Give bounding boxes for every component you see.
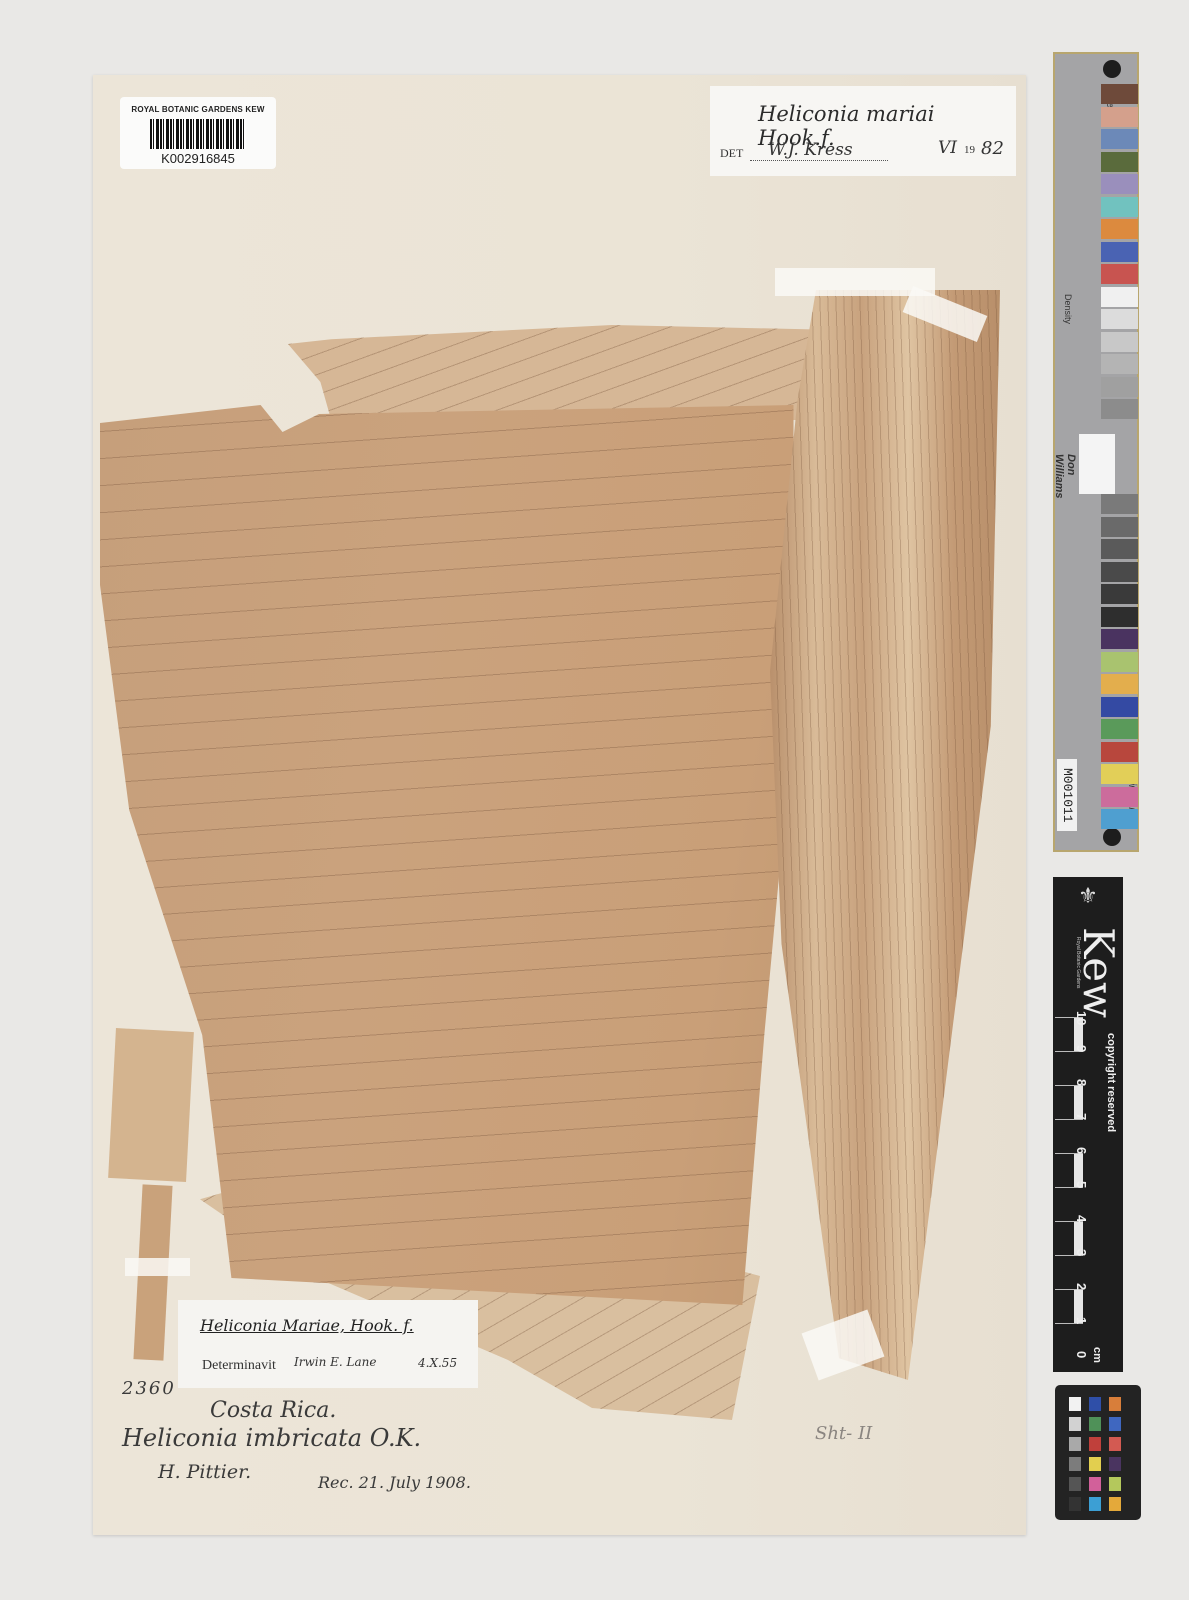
locality: Costa Rica. — [210, 1398, 336, 1423]
color-patch — [1101, 742, 1138, 762]
ruler-tick-label: 8 — [1074, 1079, 1089, 1086]
color-patch — [1101, 787, 1138, 807]
color-patch — [1101, 264, 1138, 284]
color-swatch — [1089, 1437, 1101, 1451]
color-swatch — [1089, 1417, 1101, 1431]
color-patch — [1101, 197, 1138, 217]
color-patch — [1101, 129, 1138, 149]
color-patch — [1101, 242, 1138, 262]
color-patch — [1101, 494, 1138, 514]
leaf-fragment-top — [288, 325, 828, 420]
collector: H. Pittier. — [158, 1461, 251, 1483]
barcode-label: ROYAL BOTANIC GARDENS KEW K002916845 — [120, 97, 276, 169]
color-swatch — [1069, 1397, 1081, 1411]
color-patch — [1101, 107, 1138, 127]
kew-logo: Kew — [1074, 927, 1123, 1018]
color-calibration-card: inches Density Don Williams M001011 cent… — [1053, 52, 1139, 852]
color-swatch — [1089, 1477, 1101, 1491]
color-patch — [1101, 84, 1138, 104]
card-serial: M001011 — [1057, 759, 1077, 831]
mounting-tape — [125, 1258, 190, 1276]
color-patch — [1101, 719, 1138, 739]
ruler-tick-label: 1 — [1074, 1317, 1089, 1324]
color-swatch-card — [1055, 1385, 1141, 1520]
barcode-icon — [150, 119, 246, 149]
ruler-tick-label: 6 — [1074, 1147, 1089, 1154]
color-swatch — [1109, 1477, 1121, 1491]
ruler-tick-label: 3 — [1074, 1249, 1089, 1256]
color-swatch — [1109, 1457, 1121, 1471]
det-month: VI — [938, 138, 957, 158]
color-patch — [1101, 219, 1138, 239]
det-year-prefix: 19 — [964, 144, 975, 156]
leaf-fragment-small — [108, 1028, 194, 1182]
color-patch — [1101, 629, 1138, 649]
sheet-number: Sht- II — [815, 1423, 872, 1444]
color-patch — [1101, 764, 1138, 784]
copyright-text: copyright reserved — [1105, 1033, 1117, 1132]
ruler-tick-label: 2 — [1074, 1283, 1089, 1290]
color-swatch — [1089, 1397, 1101, 1411]
color-patch — [1101, 399, 1138, 419]
det-date: 4.X.55 — [418, 1356, 457, 1370]
color-patch — [1101, 607, 1138, 627]
color-patch — [1101, 652, 1138, 672]
color-swatch — [1109, 1437, 1121, 1451]
color-swatch — [1089, 1497, 1101, 1511]
ruler-tick-label: 4 — [1074, 1215, 1089, 1222]
color-patch — [1101, 562, 1138, 582]
color-patch — [1101, 354, 1138, 374]
color-swatch — [1069, 1477, 1081, 1491]
color-swatch — [1069, 1497, 1081, 1511]
determiner-name: Irwin E. Lane — [294, 1355, 376, 1369]
kew-scale-bar: ⚜ Royal Botanic Gardens Kew copyright re… — [1053, 877, 1123, 1372]
received-date: Rec. 21. July 1908. — [318, 1473, 471, 1492]
determinavit-prefix: Determinavit — [202, 1358, 276, 1374]
color-patch — [1101, 174, 1138, 194]
det-prefix: DET — [720, 146, 743, 161]
crest-icon: ⚜ — [1071, 883, 1105, 913]
determination-label-bottom: Heliconia Mariae, Hook. f. Determinavit … — [178, 1300, 478, 1388]
color-patch — [1101, 287, 1138, 307]
unit-label: cm — [1091, 1347, 1103, 1363]
color-patch — [1101, 584, 1138, 604]
institution-name: ROYAL BOTANIC GARDENS KEW — [120, 105, 276, 114]
resolution-target — [1079, 434, 1115, 494]
determination-label-top: Heliconia mariai Hook.f. DET W.J. Kress … — [710, 86, 1016, 176]
color-patch — [1101, 809, 1138, 829]
ruler-tick-label: 7 — [1074, 1113, 1089, 1120]
color-patch — [1101, 332, 1138, 352]
ruler-tick-label: 10 — [1074, 1011, 1089, 1025]
cm-ruler — [1055, 1017, 1083, 1362]
color-swatch — [1069, 1457, 1081, 1471]
color-swatch — [1089, 1457, 1101, 1471]
hole-icon — [1103, 60, 1121, 78]
ruler-tick-label: 0 — [1074, 1351, 1089, 1358]
color-swatch — [1109, 1397, 1121, 1411]
density-label: Density — [1063, 294, 1073, 324]
color-patch — [1101, 674, 1138, 694]
hole-icon — [1103, 828, 1121, 846]
color-patch — [1101, 539, 1138, 559]
color-swatch — [1069, 1437, 1081, 1451]
det-year-suffix: 82 — [981, 138, 1004, 159]
original-taxon: Heliconia imbricata O.K. — [122, 1424, 421, 1452]
collection-number: 2360 — [122, 1378, 176, 1399]
color-patch — [1101, 309, 1138, 329]
det-taxon: Heliconia Mariae, Hook. f. — [200, 1316, 414, 1335]
determiner-name: W.J. Kress — [750, 140, 888, 161]
color-patch — [1101, 377, 1138, 397]
color-swatch — [1109, 1417, 1121, 1431]
ruler-tick-label: 5 — [1074, 1181, 1089, 1188]
barcode-number: K002916845 — [120, 151, 276, 166]
color-patch — [1101, 517, 1138, 537]
color-swatch — [1109, 1497, 1121, 1511]
color-swatch — [1069, 1417, 1081, 1431]
ruler-tick-label: 9 — [1074, 1045, 1089, 1052]
color-patch — [1101, 697, 1138, 717]
card-brand: Don Williams — [1053, 454, 1077, 514]
color-patch — [1101, 152, 1138, 172]
